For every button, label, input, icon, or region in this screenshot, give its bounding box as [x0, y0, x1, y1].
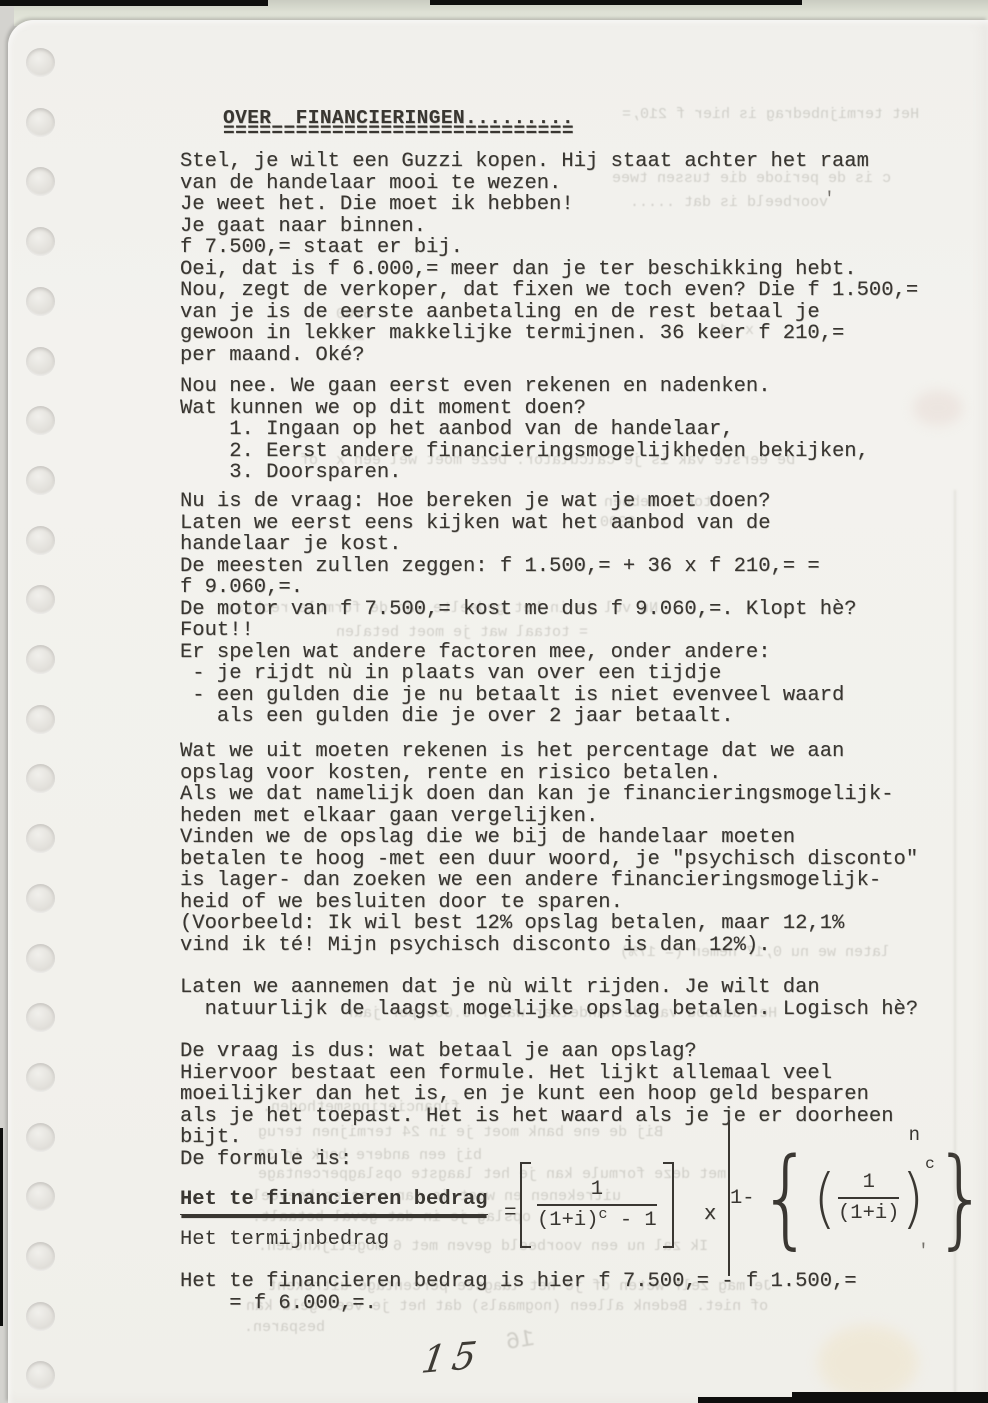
punch-hole [26, 884, 55, 913]
paragraph-calculation: Nu is de vraag: Hoe bereken je wat je mo… [180, 491, 857, 728]
paragraph-result: Het te financieren bedrag is hier f 7.50… [180, 1271, 857, 1314]
punch-hole [26, 227, 55, 256]
punch-hole [26, 645, 55, 674]
scan-edge-bottom-thick [792, 1392, 988, 1403]
times-sign: x [704, 1204, 716, 1226]
paragraph-intro: Stel, je wilt een Guzzi kopen. Hij staat… [180, 151, 918, 366]
paper-stain [913, 390, 963, 426]
punch-hole [26, 1063, 55, 1092]
formula-factor2: 1- { ( 1 (1+i) ) c } n [728, 1120, 936, 1276]
fraction-bar [838, 1197, 900, 1199]
punch-hole [26, 48, 55, 77]
handwritten-page-number: 15 [419, 1333, 487, 1382]
fraction-1: 1 (1+i)c - 1 [531, 1178, 663, 1232]
left-bracket [520, 1162, 531, 1248]
bleed-through-text: Het termijnbedrag is hier f 210,= [622, 106, 919, 123]
punch-hole [26, 1123, 55, 1152]
fraction-2: 1 (1+i) [836, 1171, 902, 1225]
scan-edge-top-mid [430, 0, 802, 5]
punch-hole [26, 585, 55, 614]
finance-formula: Het te financieren bedrag Het termijnbed… [180, 1116, 940, 1286]
punch-hole [26, 1182, 55, 1211]
punch-hole [26, 1361, 55, 1390]
bleed-through-text: 16 [504, 1326, 537, 1358]
punch-hole [26, 1242, 55, 1271]
paragraph-options-list: Nou nee. We gaan eerst even rekenen en n… [180, 376, 869, 484]
fraction-2-numerator: 1 [863, 1171, 875, 1194]
paper-crease [954, 490, 956, 1403]
punch-hole [26, 526, 55, 555]
paragraph-assumption: Laten we aannemen dat je nù wilt rijden.… [180, 977, 918, 1020]
scan-edge-left [0, 1128, 3, 1326]
punch-hole [26, 705, 55, 734]
paper-stain [818, 1325, 918, 1400]
paper-sheet: Het termijnbedrag is hier f 210,=c is de… [8, 20, 988, 1403]
formula-factor1: 1 (1+i)c - 1 [520, 1162, 674, 1248]
punch-hole [26, 944, 55, 973]
punch-hole [26, 466, 55, 495]
fraction-2-denominator: (1+i) [838, 1202, 900, 1225]
punch-hole [26, 1302, 55, 1331]
bleed-through-text: besparen. [244, 1319, 325, 1336]
punch-hole [26, 287, 55, 316]
scan-edge-bottom-thin [698, 1397, 794, 1403]
fraction-bar [537, 1204, 657, 1206]
paragraph-opslag-explanation: Wat we uit moeten rekenen is het percent… [180, 741, 918, 956]
formula-lhs-numerator: Het te financieren bedrag [180, 1188, 488, 1215]
punch-hole [26, 824, 55, 853]
scanned-document-page: Het termijnbedrag is hier f 210,=c is de… [0, 0, 988, 1403]
title-underline: ============================= [223, 121, 574, 143]
punch-hole [26, 764, 55, 793]
one-minus: 1- [730, 1187, 755, 1210]
exponent-n: n [909, 1124, 920, 1146]
punch-hole [26, 1003, 55, 1032]
formula-lhs-denominator: Het termijnbedrag [180, 1228, 389, 1251]
punch-hole [26, 167, 55, 196]
scan-edge-top-left [0, 0, 268, 6]
punch-hole [26, 347, 55, 376]
fraction-1-numerator: 1 [591, 1178, 603, 1201]
punch-hole [26, 406, 55, 435]
fraction-1-denominator: (1+i)c - 1 [537, 1209, 657, 1232]
equals-sign: = [504, 1202, 517, 1225]
right-bracket [663, 1162, 674, 1248]
punch-hole [26, 108, 55, 137]
